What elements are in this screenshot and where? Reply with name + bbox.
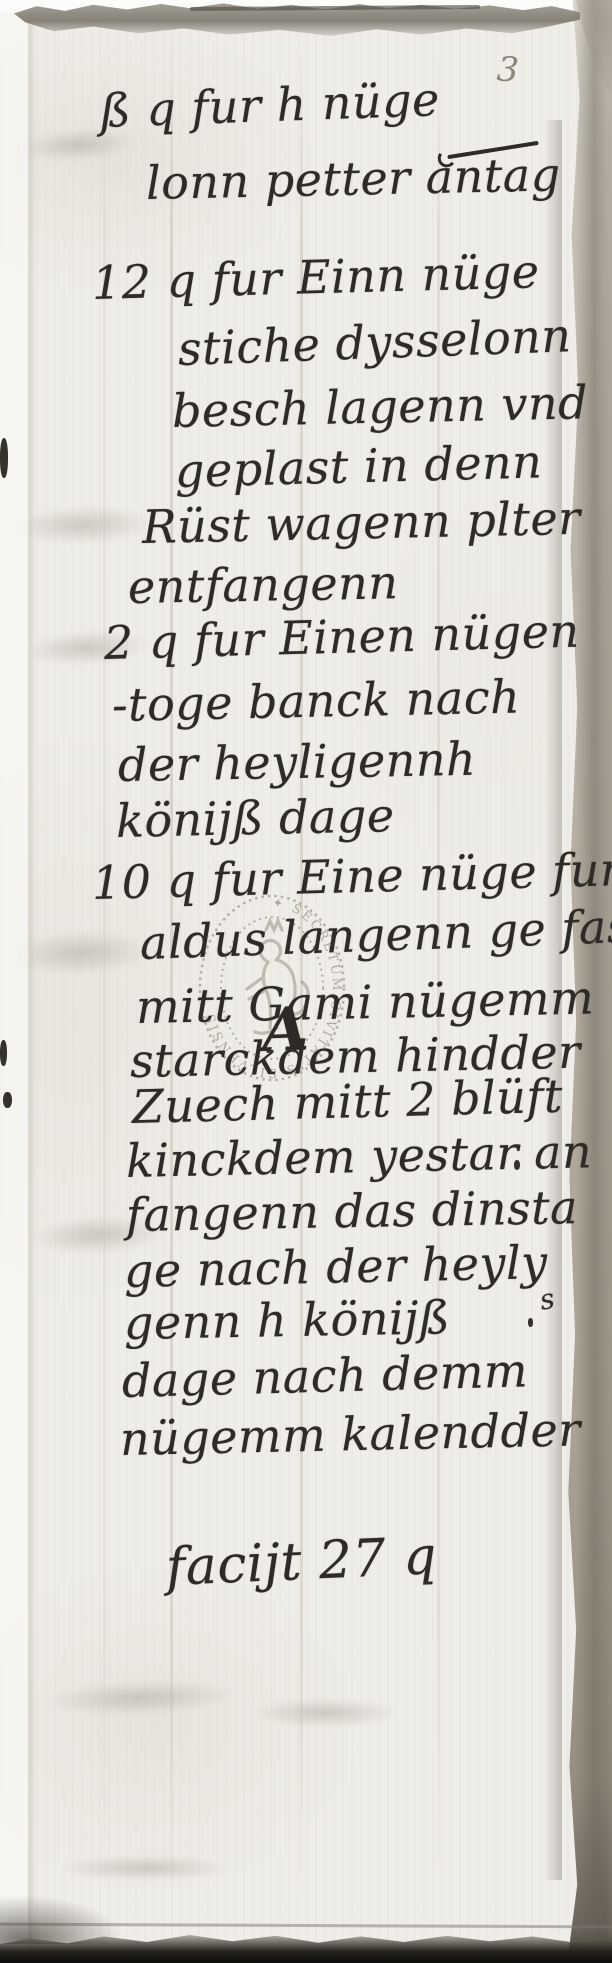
manuscript-line: kinckdem yestar an [125,1124,592,1188]
manuscript-line: 2 q fur Einen nügen [103,604,580,670]
manuscript-line: ge nach der heyly [123,1235,548,1298]
ink-speck [3,1092,12,1108]
manuscript-sum-line: facijt 27 q [165,1526,438,1598]
manuscript-line: lonn petter antag [145,147,561,210]
showthrough-mark [39,1677,240,1720]
manuscript-line: dage nach demm [121,1343,528,1408]
ink-speck [0,1040,7,1066]
left-margin-shadow [28,0,36,1963]
ink-speck [528,1318,533,1327]
ink-speck [514,1160,520,1170]
manuscript-line: besch lagenn vnd [171,375,588,438]
manuscript-line: -toge banck nach [111,669,520,732]
showthrough-mark [250,1698,400,1728]
folio-number: 3 [496,49,520,90]
manuscript-line: mitt Gami nügemm [135,970,594,1034]
manuscript-line: genn h könijß [124,1290,451,1350]
manuscript-line: geplast in denn [174,434,543,498]
fold-line [437,30,440,1903]
manuscript-scan: ✦ SECRETUM CIVITATIS SILVENSIS 3 ß q fur… [0,0,612,1963]
manuscript-line: stiche dysselonn [177,308,572,376]
manuscript-line: 12 q fur Einn nüge [91,244,540,310]
manuscript-line: Zuech mitt 2 blüft [131,1069,563,1134]
manuscript-line: nügemm kalendder [119,1402,581,1466]
manuscript-line: fangenn das dinsta [126,1180,579,1242]
fold-line [103,30,106,1903]
left-page-margin [0,0,30,1963]
manuscript-line: könijß dage [115,788,395,848]
ink-speck [0,438,8,478]
manuscript-line: ß q fur h nüge [99,72,441,138]
manuscript-line: Rüst wagenn plter [141,491,581,554]
showthrough-mark [55,1855,235,1881]
manuscript-line: entfangenn [128,555,399,614]
manuscript-line: der heyligennh [118,732,477,792]
